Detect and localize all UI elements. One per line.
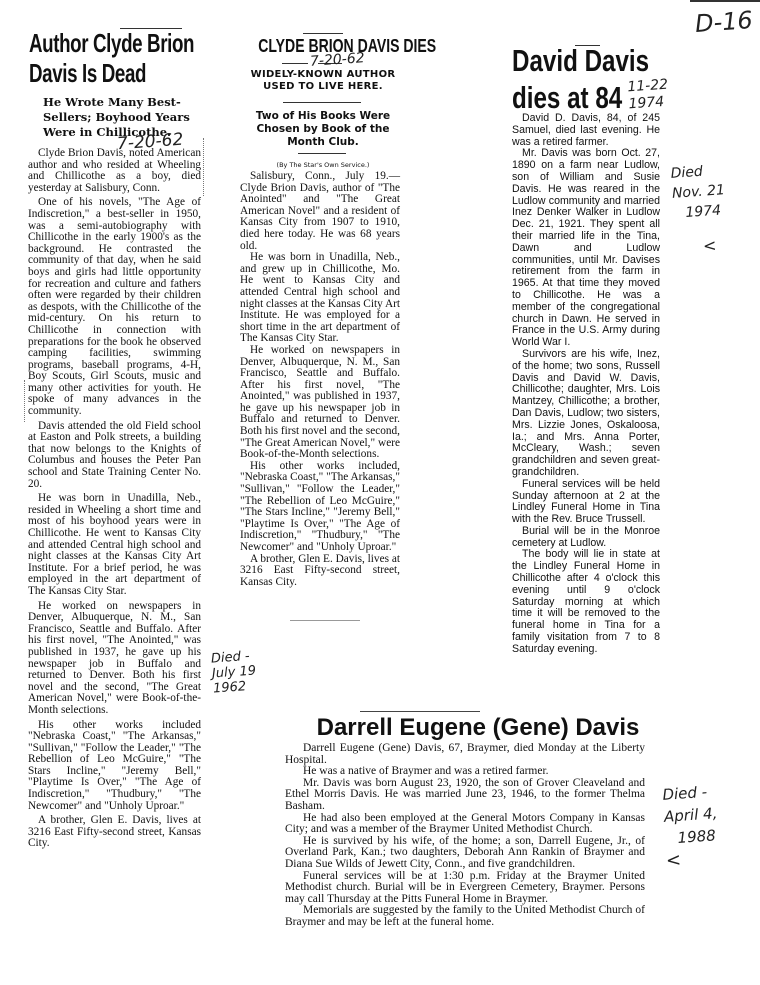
article-body: Salisbury, Conn., July 19.—Clyde Brion D…	[240, 171, 400, 588]
date-note: 7-20-62	[310, 50, 366, 70]
divider-rule	[298, 153, 346, 154]
wire-credit: (By The Star's Own Service.)	[240, 161, 406, 169]
note-line: July 19	[212, 663, 257, 681]
headline: Darrell Eugene (Gene) Davis	[298, 714, 658, 742]
paragraph: Mr. Davis was born Oct. 27, 1890 on a fa…	[512, 148, 660, 349]
paragraph: Funeral services will be at 1:30 p.m. Fr…	[285, 871, 645, 906]
death-date-note: Died Nov. 21 1974	[670, 160, 727, 224]
deck-line-3: Month Club.	[240, 136, 406, 149]
deck-line-2: USED TO LIVE HERE.	[240, 81, 406, 93]
bottom-rule	[290, 620, 360, 621]
subhead-line-1: He Wrote Many Best-	[43, 95, 213, 110]
headline-line-1: Author Clyde Brion	[29, 28, 173, 58]
deck-secondary: Two of His Books Were Chosen by Book of …	[240, 110, 406, 149]
headline: Author Clyde Brion Davis Is Dead	[29, 28, 173, 88]
paragraph: He had also been employed at the General…	[285, 813, 645, 836]
paragraph: Salisbury, Conn., July 19.—Clyde Brion D…	[240, 171, 400, 252]
deck-primary: WIDELY-KNOWN AUTHOR USED TO LIVE HERE.	[240, 69, 406, 93]
deck-line-1: Two of His Books Were	[240, 110, 406, 123]
note-line: 1974	[673, 200, 727, 224]
headline-line-2: Davis Is Dead	[29, 58, 173, 88]
edge-mark	[24, 380, 26, 422]
subhead-line-2: Sellers; Boyhood Years	[43, 110, 213, 125]
note-line: 1988	[665, 824, 720, 850]
article-body: Clyde Brion Davis, noted American author…	[28, 148, 201, 853]
death-date-note: Died - April 4, 1988	[662, 780, 720, 850]
arrow-icon: <	[665, 849, 682, 871]
article-body: Darrell Eugene (Gene) Davis, 67, Braymer…	[285, 743, 645, 929]
paragraph: His other works included, "Nebraska Coas…	[240, 461, 400, 554]
paragraph: Mr. Davis was born August 23, 1920, the …	[285, 778, 645, 813]
note-line: 1974	[628, 94, 670, 114]
edge-mark	[203, 138, 205, 196]
paragraph: He worked on newspapers in Denver, Albuq…	[240, 345, 400, 461]
paragraph: He was born in Unadilla, Neb., and grew …	[240, 252, 400, 345]
paragraph: One of his novels, "The Age of Indiscret…	[28, 197, 201, 417]
paragraph: Clyde Brion Davis, noted American author…	[28, 148, 201, 194]
paragraph: Burial will be in the Monroe cemetery at…	[512, 526, 660, 550]
edge-rule	[690, 0, 760, 2]
headline-line-1: David Davis	[512, 42, 637, 79]
note-line: 1962	[213, 678, 258, 696]
file-code-note: D-16	[694, 6, 754, 38]
headline: David Davis dies at 84	[512, 42, 637, 116]
paragraph: He is survived by his wife, of the home;…	[285, 836, 645, 871]
death-date-note: Died - July 19 1962	[210, 649, 257, 697]
deck-line-2: Chosen by Book of the	[240, 123, 406, 136]
paragraph: His other works included "Nebraska Coast…	[28, 720, 201, 813]
paragraph: He worked on newspapers in Denver, Albuq…	[28, 601, 201, 717]
paragraph: Funeral services will be held Sunday aft…	[512, 479, 660, 526]
divider-rule	[283, 102, 361, 103]
paragraph: Davis attended the old Field school at E…	[28, 421, 201, 491]
paragraph: David D. Davis, 84, of 245 Samuel, died …	[512, 113, 660, 148]
paragraph: Memorials are suggested by the family to…	[285, 905, 645, 928]
arrow-icon: <	[702, 236, 717, 256]
headline-line-2: dies at 84	[512, 79, 637, 116]
top-rule	[360, 711, 480, 712]
paragraph: A brother, Glen E. Davis, lives at 3216 …	[28, 815, 201, 850]
divider-rule	[282, 63, 308, 64]
date-note: 11-22 1974	[627, 77, 670, 114]
article-body: David D. Davis, 84, of 245 Samuel, died …	[512, 113, 660, 656]
paragraph: Darrell Eugene (Gene) Davis, 67, Braymer…	[285, 743, 645, 766]
paragraph: A brother, Glen E. Davis, lives at 3216 …	[240, 554, 400, 589]
deck-line-1: WIDELY-KNOWN AUTHOR	[240, 69, 406, 81]
paragraph: The body will lie in state at the Lindle…	[512, 549, 660, 655]
top-rule	[303, 33, 343, 34]
paragraph: He was born in Unadilla, Neb., resided i…	[28, 493, 201, 597]
paragraph: Survivors are his wife, Inez, of the hom…	[512, 349, 660, 479]
